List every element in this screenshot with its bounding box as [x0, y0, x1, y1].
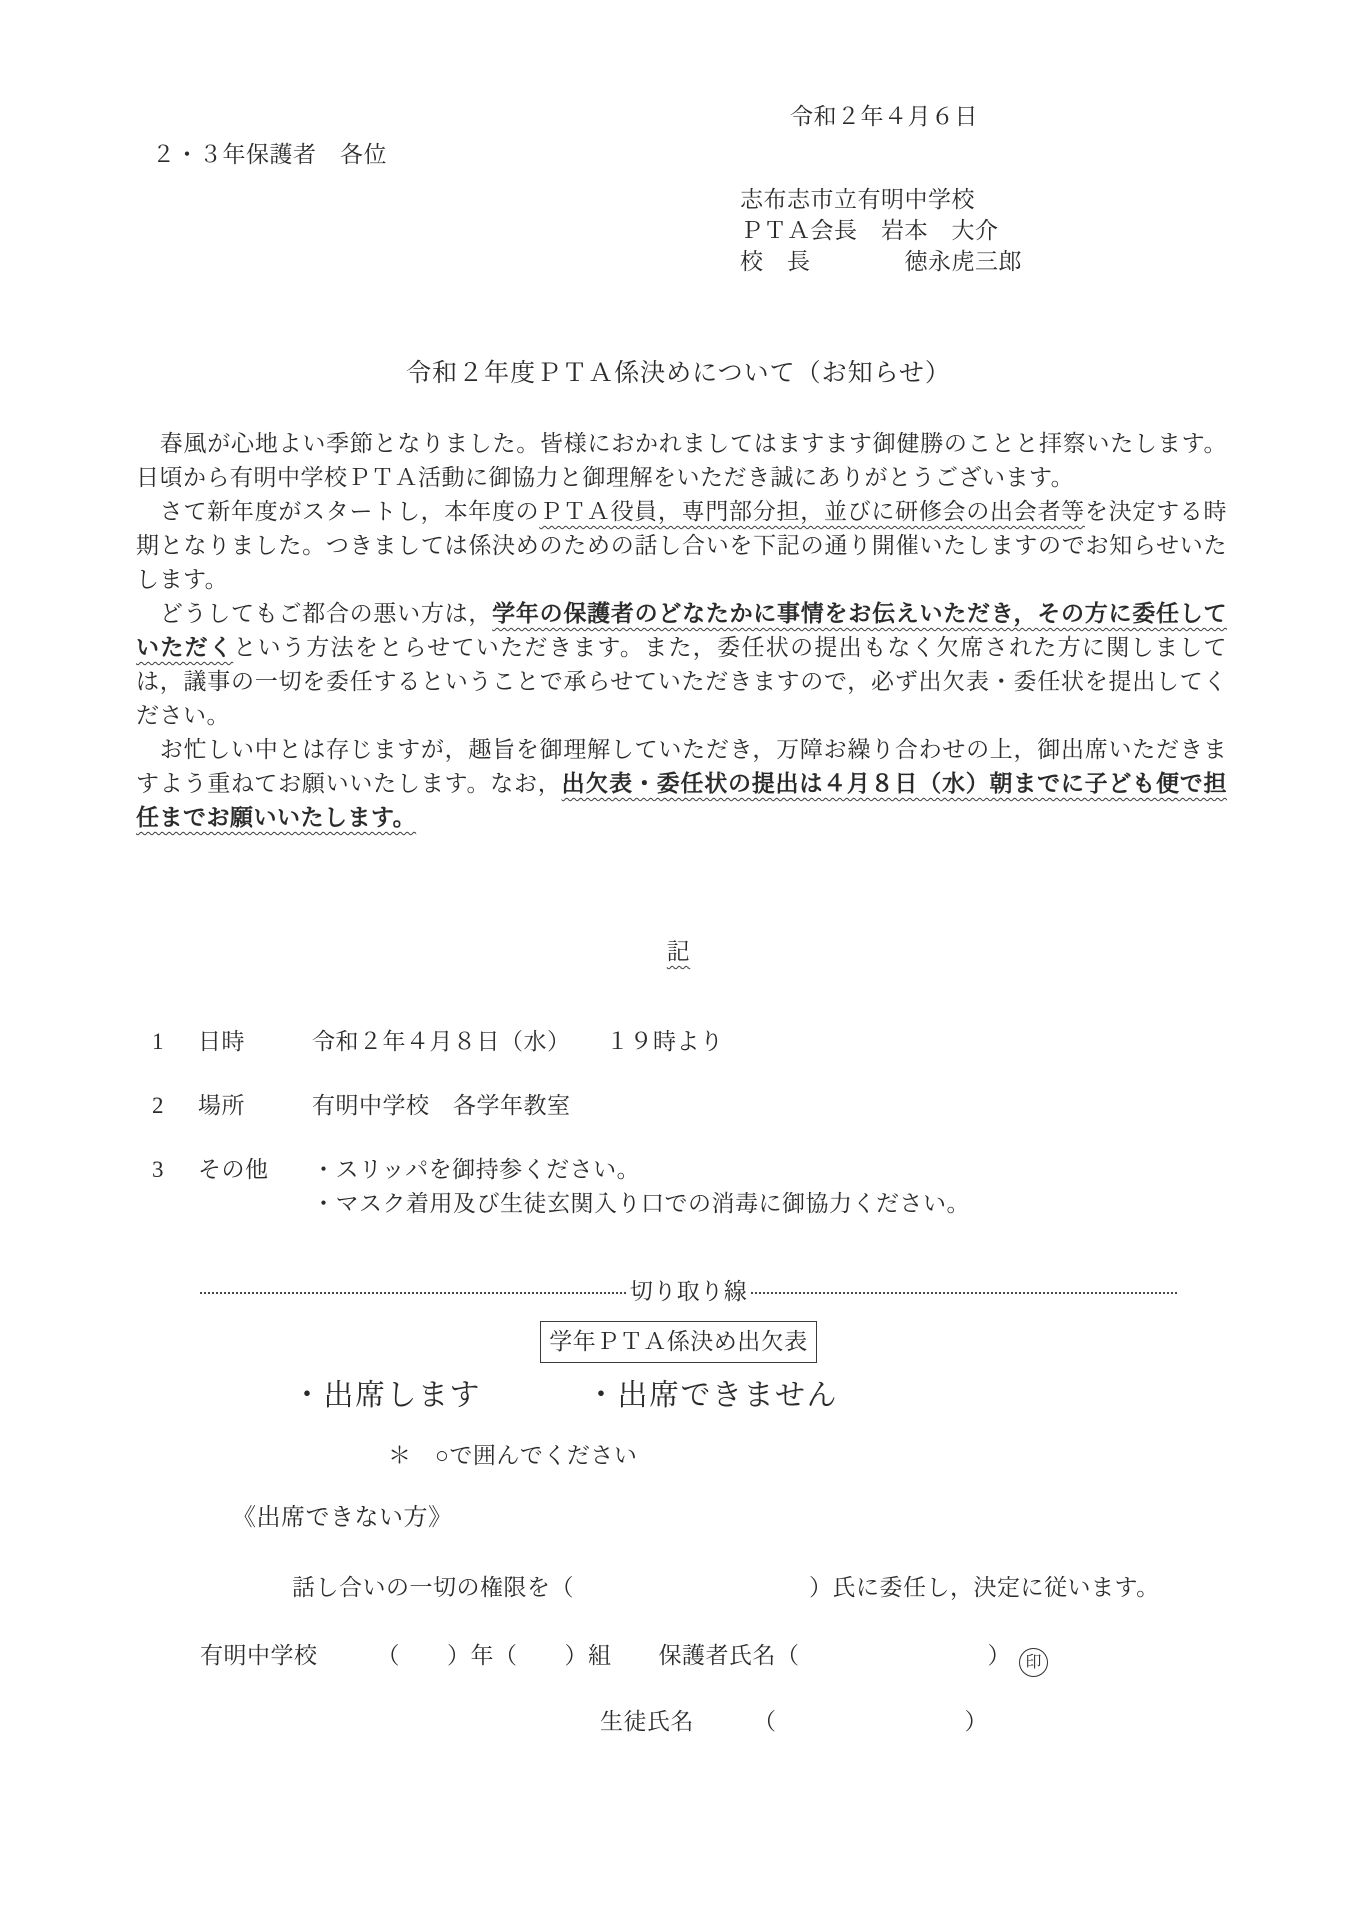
circle-instruction: ＊ ○で囲んでください: [388, 1439, 1357, 1473]
school-grade-text: 有明中学校 （ ）年（ ）組 保護者氏名（ ）: [200, 1643, 1011, 1668]
sender-school: 志布志市立有明中学校: [740, 184, 1357, 215]
seal-mark: 印: [1019, 1648, 1048, 1677]
document-title: 令和２年度ＰＴＡ係決めについて（お知らせ）: [0, 357, 1357, 391]
paragraph-3-pre: どうしてもご都合の悪い方は，: [136, 601, 492, 626]
detail-number: 2: [152, 1089, 198, 1123]
paragraph-3-post: という方法をとらせていただきます。また，委任状の提出もなく欠席された方に関しまし…: [136, 635, 1227, 728]
detail-row-place: 2場所有明中学校 各学年教室: [152, 1089, 1357, 1123]
detail-label: 日時: [198, 1025, 312, 1059]
absent-option: ・出席できません: [586, 1375, 838, 1417]
detail-number: 1: [152, 1025, 198, 1059]
school-grade-line: 有明中学校 （ ）年（ ）組 保護者氏名（ ）印: [200, 1639, 1357, 1677]
sender-pta-chair: ＰＴＡ会長 岩本 大介: [740, 215, 1357, 246]
delegation-line: 話し合いの一切の権限を（ ）氏に委任し，決定に従います。: [292, 1571, 1357, 1605]
attendance-options: ・出席します ・出席できません: [292, 1375, 1357, 1417]
detail-label: その他: [198, 1153, 312, 1187]
paragraph-2-wavy-emphasis: ＰＴＡ役員，専門部分担，並びに研修会の出会者等: [539, 499, 1085, 524]
detail-row-datetime: 1日時令和２年４月８日（水） １９時より: [152, 1025, 1357, 1059]
sender-block: 志布志市立有明中学校 ＰＴＡ会長 岩本 大介 校 長 徳永虎三郎: [740, 184, 1357, 277]
form-title-box: 学年ＰＴＡ係決め出欠表: [540, 1321, 817, 1363]
detail-value: ・スリッパを御持参ください。: [312, 1157, 640, 1182]
paragraph-2-pre: さて新年度がスタートし，本年度の: [136, 499, 539, 524]
detail-number: 3: [152, 1153, 198, 1187]
detail-value: 令和２年４月８日（水） １９時より: [312, 1029, 724, 1054]
sender-principal: 校 長 徳永虎三郎: [740, 246, 1357, 277]
cut-line-label: 切り取り線: [626, 1275, 752, 1309]
detail-value-second-line: ・マスク着用及び生徒玄関入り口での消毒に御協力ください。: [312, 1187, 1357, 1221]
cut-line: 切り取り線: [200, 1275, 1177, 1309]
paragraph-1: 春風が心地よい季節となりました。皆様におかれましてはますます御健勝のことと拝察い…: [136, 427, 1227, 495]
cut-line-dots-left: [200, 1292, 626, 1294]
record-mark: 記: [667, 939, 691, 964]
detail-value: 有明中学校 各学年教室: [312, 1093, 571, 1118]
document-page: 令和２年４月６日 ２・３年保護者 各位 志布志市立有明中学校 ＰＴＡ会長 岩本 …: [0, 0, 1357, 1920]
details-list: 1日時令和２年４月８日（水） １９時より 2場所有明中学校 各学年教室 3その他…: [152, 1025, 1357, 1221]
absent-section-heading: 《出席できない方》: [232, 1501, 1357, 1535]
detail-label: 場所: [198, 1089, 312, 1123]
form-title-row: 学年ＰＴＡ係決め出欠表: [0, 1321, 1357, 1363]
student-name-line: 生徒氏名 （ ）: [600, 1705, 1357, 1739]
detail-row-other: 3その他・スリッパを御持参ください。 ・マスク着用及び生徒玄関入り口での消毒に御…: [152, 1153, 1357, 1221]
document-body: 春風が心地よい季節となりました。皆様におかれましてはますます御健勝のことと拝察い…: [136, 427, 1227, 835]
paragraph-4: お忙しい中とは存じますが，趣旨を御理解していただき，万障お繰り合わせの上，御出席…: [136, 733, 1227, 835]
record-mark-line: 記: [0, 935, 1357, 969]
paragraph-2: さて新年度がスタートし，本年度のＰＴＡ役員，専門部分担，並びに研修会の出会者等を…: [136, 495, 1227, 597]
document-date: 令和２年４月６日: [790, 100, 1357, 134]
paragraph-3: どうしてもご都合の悪い方は，学年の保護者のどなたかに事情をお伝えいただき，その方…: [136, 597, 1227, 733]
addressee-line: ２・３年保護者 各位: [152, 138, 1357, 172]
cut-line-dots-right: [751, 1292, 1177, 1294]
paragraph-1-text: 春風が心地よい季節となりました。皆様におかれましてはますます御健勝のことと拝察い…: [136, 431, 1227, 490]
attend-option: ・出席します: [292, 1375, 481, 1417]
